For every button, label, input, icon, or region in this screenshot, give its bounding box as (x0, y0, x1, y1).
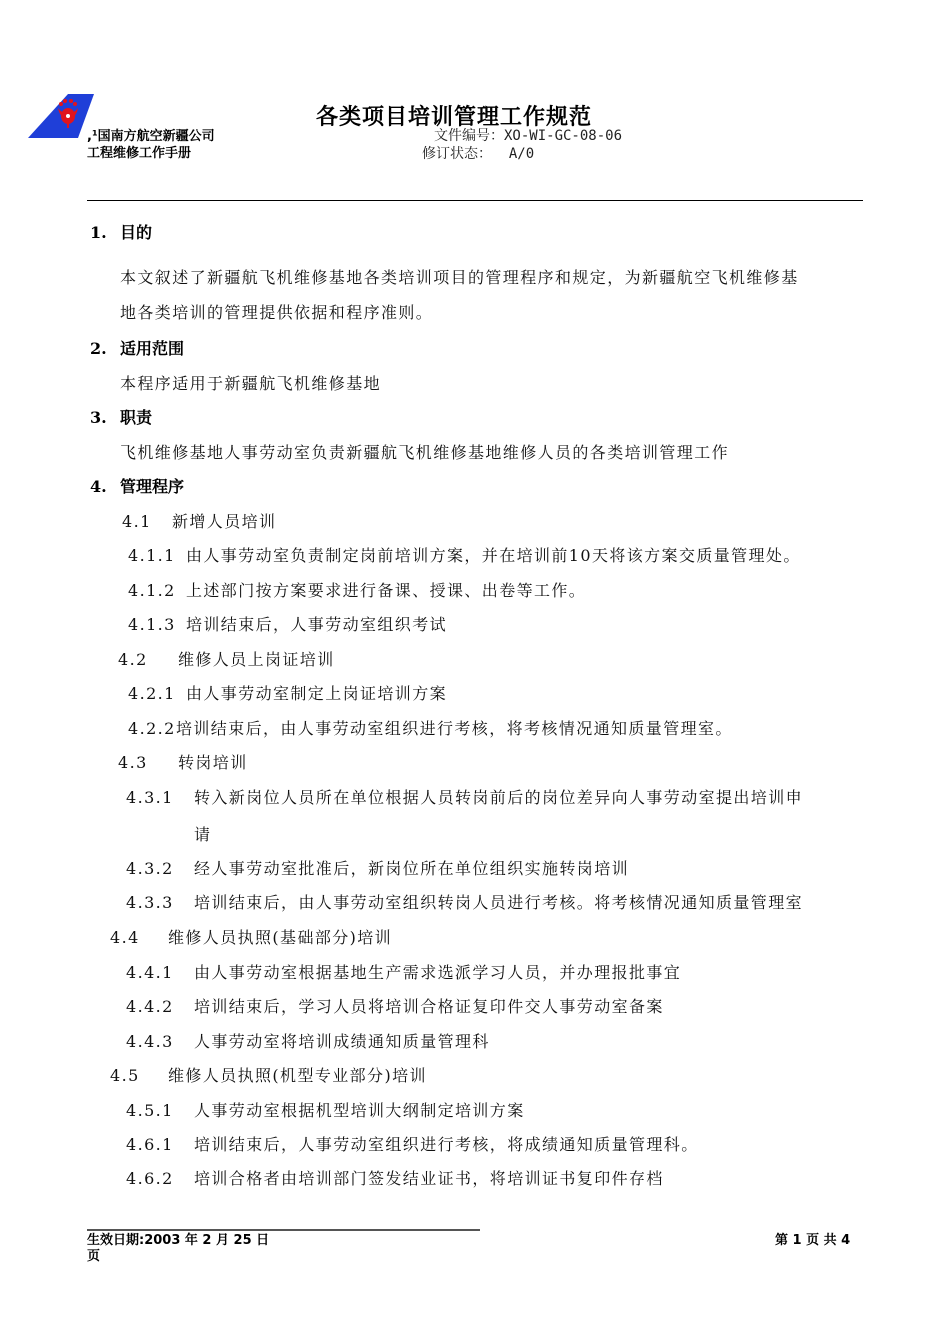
kapok-tail-logo-icon (28, 94, 96, 138)
procedure-item: 4.4.3人事劳动室将培训成绩通知质量管理科 (126, 1029, 490, 1052)
effective-date: 生效日期:2003 年 2 月 25 日 (87, 1233, 269, 1249)
doc-number-label: 文件编号： (434, 128, 504, 144)
procedure-item: 4.3.1转入新岗位人员所在单位根据人员转岗前后的岗位差异向人事劳动室提出培训申 (126, 785, 803, 808)
airline-logo (28, 94, 96, 138)
section-heading-purpose: 1.目的 (90, 220, 152, 243)
footer-divider (87, 1229, 480, 1231)
doc-number: XO-WI-GC-08-06 (504, 128, 622, 144)
procedure-item: 4.1.3培训结束后，人事劳动室组织考试 (128, 612, 447, 635)
procedure-item: 4.2.1由人事劳动室制定上岗证培训方案 (128, 681, 447, 704)
procedure-item: 4.3转岗培训 (118, 750, 248, 773)
page-number: 第 1 页 共 4 (775, 1233, 850, 1249)
revision-label: 修订状态： (422, 146, 492, 162)
procedure-item: 4.3.2经人事劳动室批准后，新岗位所在单位组织实施转岗培训 (126, 856, 629, 879)
procedure-item: 4.4.1由人事劳动室根据基地生产需求选派学习人员，并办理报批事宜 (126, 960, 681, 983)
procedure-item-continuation: 请 (194, 822, 211, 845)
paragraph: 本程序适用于新疆航飞机维修基地 (120, 371, 381, 394)
revision-row: 修订状态： A/0 (422, 145, 534, 163)
paragraph: 飞机维修基地人事劳动室负责新疆航飞机维修基地维修人员的各类培训管理工作 (120, 440, 729, 463)
procedure-item: 4.6.1培训结束后，人事劳动室组织进行考核，将成绩通知质量管理科。 (126, 1132, 699, 1155)
section-heading-procedure: 4.管理程序 (90, 474, 184, 497)
company-name: ,¹国南方航空新疆公司 (87, 129, 215, 145)
revision-value: A/0 (509, 146, 534, 162)
procedure-item: 4.1新增人员培训 (122, 509, 276, 532)
procedure-item: 4.4.2培训结束后，学习人员将培训合格证复印件交人事劳动室备案 (126, 994, 664, 1017)
procedure-item: 4.2.2培训结束后，由人事劳动室组织进行考核，将考核情况通知质量管理室。 (128, 716, 733, 739)
section-heading-responsibility: 3.职责 (90, 405, 152, 428)
manual-name: 工程维修工作手册 (87, 146, 191, 162)
paragraph: 地各类培训的管理提供依据和程序准则。 (120, 300, 433, 323)
procedure-item: 4.5维修人员执照(机型专业部分)培训 (110, 1063, 427, 1086)
procedure-item: 4.2维修人员上岗证培训 (118, 647, 335, 670)
procedure-item: 4.6.2培训合格者由培训部门签发结业证书，将培训证书复印件存档 (126, 1166, 664, 1189)
paragraph: 本文叙述了新疆航飞机维修基地各类培训项目的管理程序和规定，为新疆航空飞机维修基 (120, 265, 799, 288)
procedure-item: 4.3.3培训结束后，由人事劳动室组织转岗人员进行考核。将考核情况通知质量管理室 (126, 890, 803, 913)
procedure-item: 4.1.2上述部门按方案要求进行备课、授课、出卷等工作。 (128, 578, 586, 601)
procedure-item: 4.4维修人员执照(基础部分)培训 (110, 925, 392, 948)
header-divider (87, 200, 863, 201)
procedure-item: 4.5.1人事劳动室根据机型培训大纲制定培训方案 (126, 1098, 525, 1121)
effective-date-wrap: 页 (87, 1249, 100, 1265)
section-heading-scope: 2.适用范围 (90, 336, 184, 359)
procedure-item: 4.1.1由人事劳动室负责制定岗前培训方案，并在培训前10天将该方案交质量管理处… (128, 543, 801, 566)
doc-number-row: 文件编号：XO-WI-GC-08-06 (434, 127, 622, 145)
